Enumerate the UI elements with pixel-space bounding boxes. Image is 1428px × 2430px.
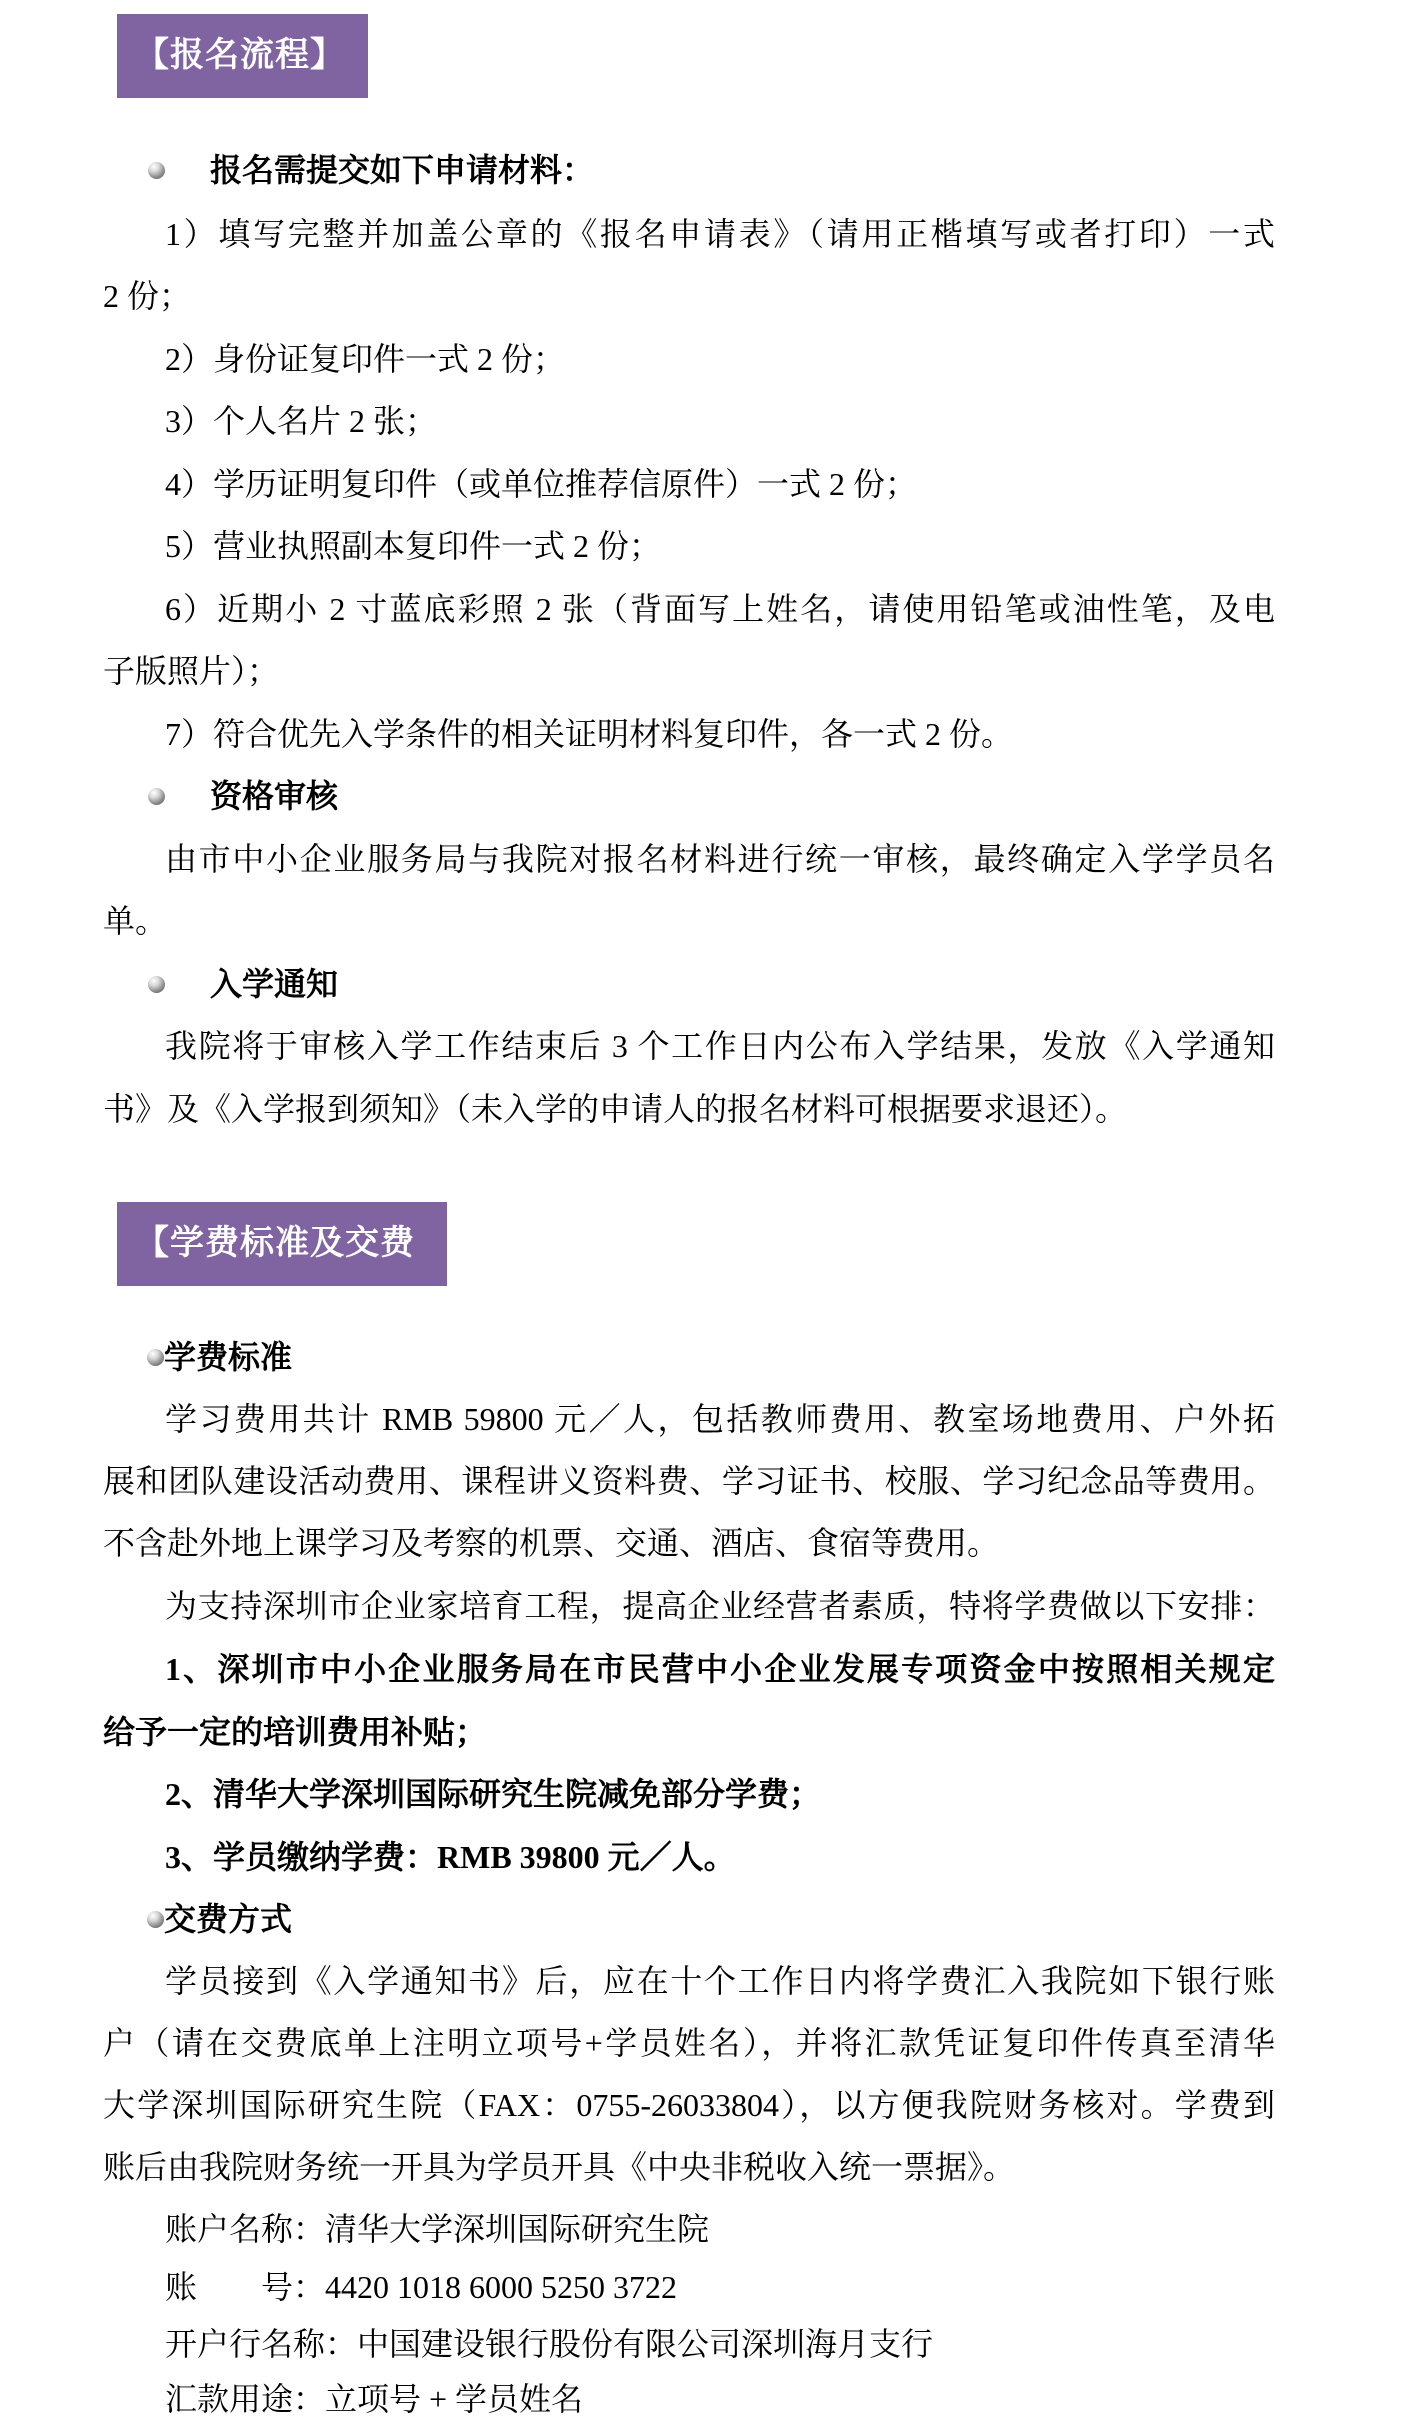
text-line: 3）个人名片 2 张； — [103, 399, 1275, 443]
text-line: 账后由我院财务统一开具为学员开具《中央非税收入统一票据》。 — [103, 2145, 1275, 2189]
text-line: 3、学员缴纳学费：RMB 39800 元／人。 — [103, 1835, 1275, 1879]
text-line: 汇款用途：立项号 + 学员姓名 — [103, 2377, 1275, 2421]
text-line: 2 份； — [103, 274, 1275, 318]
line-text: 学员接到《入学通知书》后，应在十个工作日内将学费汇入我院如下银行账 — [165, 1963, 1275, 1999]
line-text: 展和团队建设活动费用、课程讲义资料费、学习证书、校服、学习纪念品等费用。 — [103, 1463, 1275, 1499]
text-line: 2、清华大学深圳国际研究生院减免部分学费； — [103, 1772, 1275, 1816]
section-header-text: 【报名流程】 — [135, 37, 345, 74]
line-text: 交费方式 — [164, 1901, 292, 1937]
line-text: 开户行名称：中国建设银行股份有限公司深圳海月支行 — [165, 2326, 933, 2362]
line-text: 1、深圳市中小企业服务局在市民营中小企业发展专项资金中按照相关规定 — [165, 1651, 1275, 1687]
text-line: 给予一定的培训费用补贴； — [103, 1710, 1275, 1754]
line-text: 报名需提交如下申请材料： — [210, 152, 594, 188]
bullet-sphere-icon — [147, 1911, 164, 1928]
line-text: 6）近期小 2 寸蓝底彩照 2 张（背面写上姓名，请使用铅笔或油性笔，及电 — [165, 591, 1275, 627]
section-header-enrollment-process: 【报名流程】 — [117, 14, 368, 98]
line-text: 户（请在交费底单上注明立项号+学员姓名），并将汇款凭证复印件传真至清华 — [103, 2025, 1275, 2061]
line-text: 学费标准 — [164, 1339, 292, 1375]
document-page: 【报名流程】 【学费标准及交费方式】 报名需提交如下申请材料：1）填写完整并加盖… — [0, 0, 1428, 2430]
line-text: 5）营业执照副本复印件一式 2 份； — [165, 528, 661, 564]
text-line: 由市中小企业服务局与我院对报名材料进行统一审核，最终确定入学学员名 — [103, 837, 1275, 881]
bullet-sphere-icon — [147, 1349, 164, 1366]
bullet-sphere-icon — [148, 162, 165, 179]
text-line: 我院将于审核入学工作结束后 3 个工作日内公布入学结果，发放《入学通知 — [103, 1024, 1275, 1068]
text-line: 户（请在交费底单上注明立项号+学员姓名），并将汇款凭证复印件传真至清华 — [103, 2021, 1275, 2065]
bullet-heading-line: 资格审核 — [103, 774, 1275, 818]
text-line: 账户名称：清华大学深圳国际研究生院 — [103, 2207, 1275, 2251]
text-line: 账 号：4420 1018 6000 5250 3722 — [103, 2265, 1275, 2309]
section-header-text: 【学费标准及交费方式】 — [135, 1225, 415, 1346]
text-line: 为支持深圳市企业家培育工程，提高企业经营者素质，特将学费做以下安排： — [103, 1584, 1275, 1628]
line-text: 汇款用途：立项号 + 学员姓名 — [165, 2381, 583, 2417]
line-text: 书》及《入学报到须知》（未入学的申请人的报名材料可根据要求退还）。 — [103, 1091, 1127, 1127]
line-text: 入学通知 — [210, 966, 338, 1002]
line-text: 2、清华大学深圳国际研究生院减免部分学费； — [165, 1776, 821, 1812]
line-text: 3、学员缴纳学费：RMB 39800 元／人。 — [165, 1839, 736, 1875]
line-text: 单。 — [103, 903, 167, 939]
text-line: 5）营业执照副本复印件一式 2 份； — [103, 524, 1275, 568]
line-text: 资格审核 — [210, 778, 338, 814]
text-line: 6）近期小 2 寸蓝底彩照 2 张（背面写上姓名，请使用铅笔或油性笔，及电 — [103, 587, 1275, 631]
text-line: 书》及《入学报到须知》（未入学的申请人的报名材料可根据要求退还）。 — [103, 1087, 1275, 1131]
line-text: 为支持深圳市企业家培育工程，提高企业经营者素质，特将学费做以下安排： — [165, 1588, 1275, 1624]
text-line: 展和团队建设活动费用、课程讲义资料费、学习证书、校服、学习纪念品等费用。 — [103, 1459, 1275, 1503]
line-text: 我院将于审核入学工作结束后 3 个工作日内公布入学结果，发放《入学通知 — [165, 1028, 1275, 1064]
line-text: 由市中小企业服务局与我院对报名材料进行统一审核，最终确定入学学员名 — [165, 841, 1275, 877]
line-text: 2）身份证复印件一式 2 份； — [165, 341, 565, 377]
line-text: 4）学历证明复印件（或单位推荐信原件）一式 2 份； — [165, 466, 917, 502]
line-text: 3）个人名片 2 张； — [165, 403, 437, 439]
line-text: 给予一定的培训费用补贴； — [103, 1714, 487, 1750]
text-line: 4）学历证明复印件（或单位推荐信原件）一式 2 份； — [103, 462, 1275, 506]
line-text: 账后由我院财务统一开具为学员开具《中央非税收入统一票据》。 — [103, 2149, 1015, 2185]
text-line: 单。 — [103, 899, 1275, 943]
bullet-heading-line: 交费方式 — [103, 1897, 1275, 1941]
line-text: 2 份； — [103, 278, 191, 314]
text-line: 7）符合优先入学条件的相关证明材料复印件，各一式 2 份。 — [103, 712, 1275, 756]
text-line: 不含赴外地上课学习及考察的机票、交通、酒店、食宿等费用。 — [103, 1521, 1275, 1565]
line-text: 7）符合优先入学条件的相关证明材料复印件，各一式 2 份。 — [165, 716, 1013, 752]
line-text: 学习费用共计 RMB 59800 元／人，包括教师费用、教室场地费用、户外拓 — [165, 1401, 1275, 1437]
line-text: 子版照片）； — [103, 653, 279, 689]
text-line: 1、深圳市中小企业服务局在市民营中小企业发展专项资金中按照相关规定 — [103, 1647, 1275, 1691]
bullet-sphere-icon — [148, 788, 165, 805]
bullet-heading-line: 学费标准 — [103, 1335, 1275, 1379]
line-text: 不含赴外地上课学习及考察的机票、交通、酒店、食宿等费用。 — [103, 1525, 999, 1561]
line-text: 1）填写完整并加盖公章的《报名申请表》（请用正楷填写或者打印）一式 — [165, 216, 1275, 252]
text-line: 2）身份证复印件一式 2 份； — [103, 337, 1275, 381]
bullet-heading-line: 报名需提交如下申请材料： — [103, 148, 1275, 192]
text-line: 学习费用共计 RMB 59800 元／人，包括教师费用、教室场地费用、户外拓 — [103, 1397, 1275, 1441]
text-line: 子版照片）； — [103, 649, 1275, 693]
text-line: 学员接到《入学通知书》后，应在十个工作日内将学费汇入我院如下银行账 — [103, 1959, 1275, 2003]
text-line: 1）填写完整并加盖公章的《报名申请表》（请用正楷填写或者打印）一式 — [103, 212, 1275, 256]
bullet-heading-line: 入学通知 — [103, 962, 1275, 1006]
line-text: 账 号：4420 1018 6000 5250 3722 — [165, 2269, 677, 2305]
section-header-tuition-payment: 【学费标准及交费方式】 — [117, 1202, 447, 1286]
line-text: 账户名称：清华大学深圳国际研究生院 — [165, 2211, 709, 2247]
text-line: 开户行名称：中国建设银行股份有限公司深圳海月支行 — [103, 2322, 1275, 2366]
line-text: 大学深圳国际研究生院（FAX：0755-26033804），以方便我院财务核对。… — [103, 2087, 1275, 2123]
text-line: 大学深圳国际研究生院（FAX：0755-26033804），以方便我院财务核对。… — [103, 2083, 1275, 2127]
bullet-sphere-icon — [148, 976, 165, 993]
